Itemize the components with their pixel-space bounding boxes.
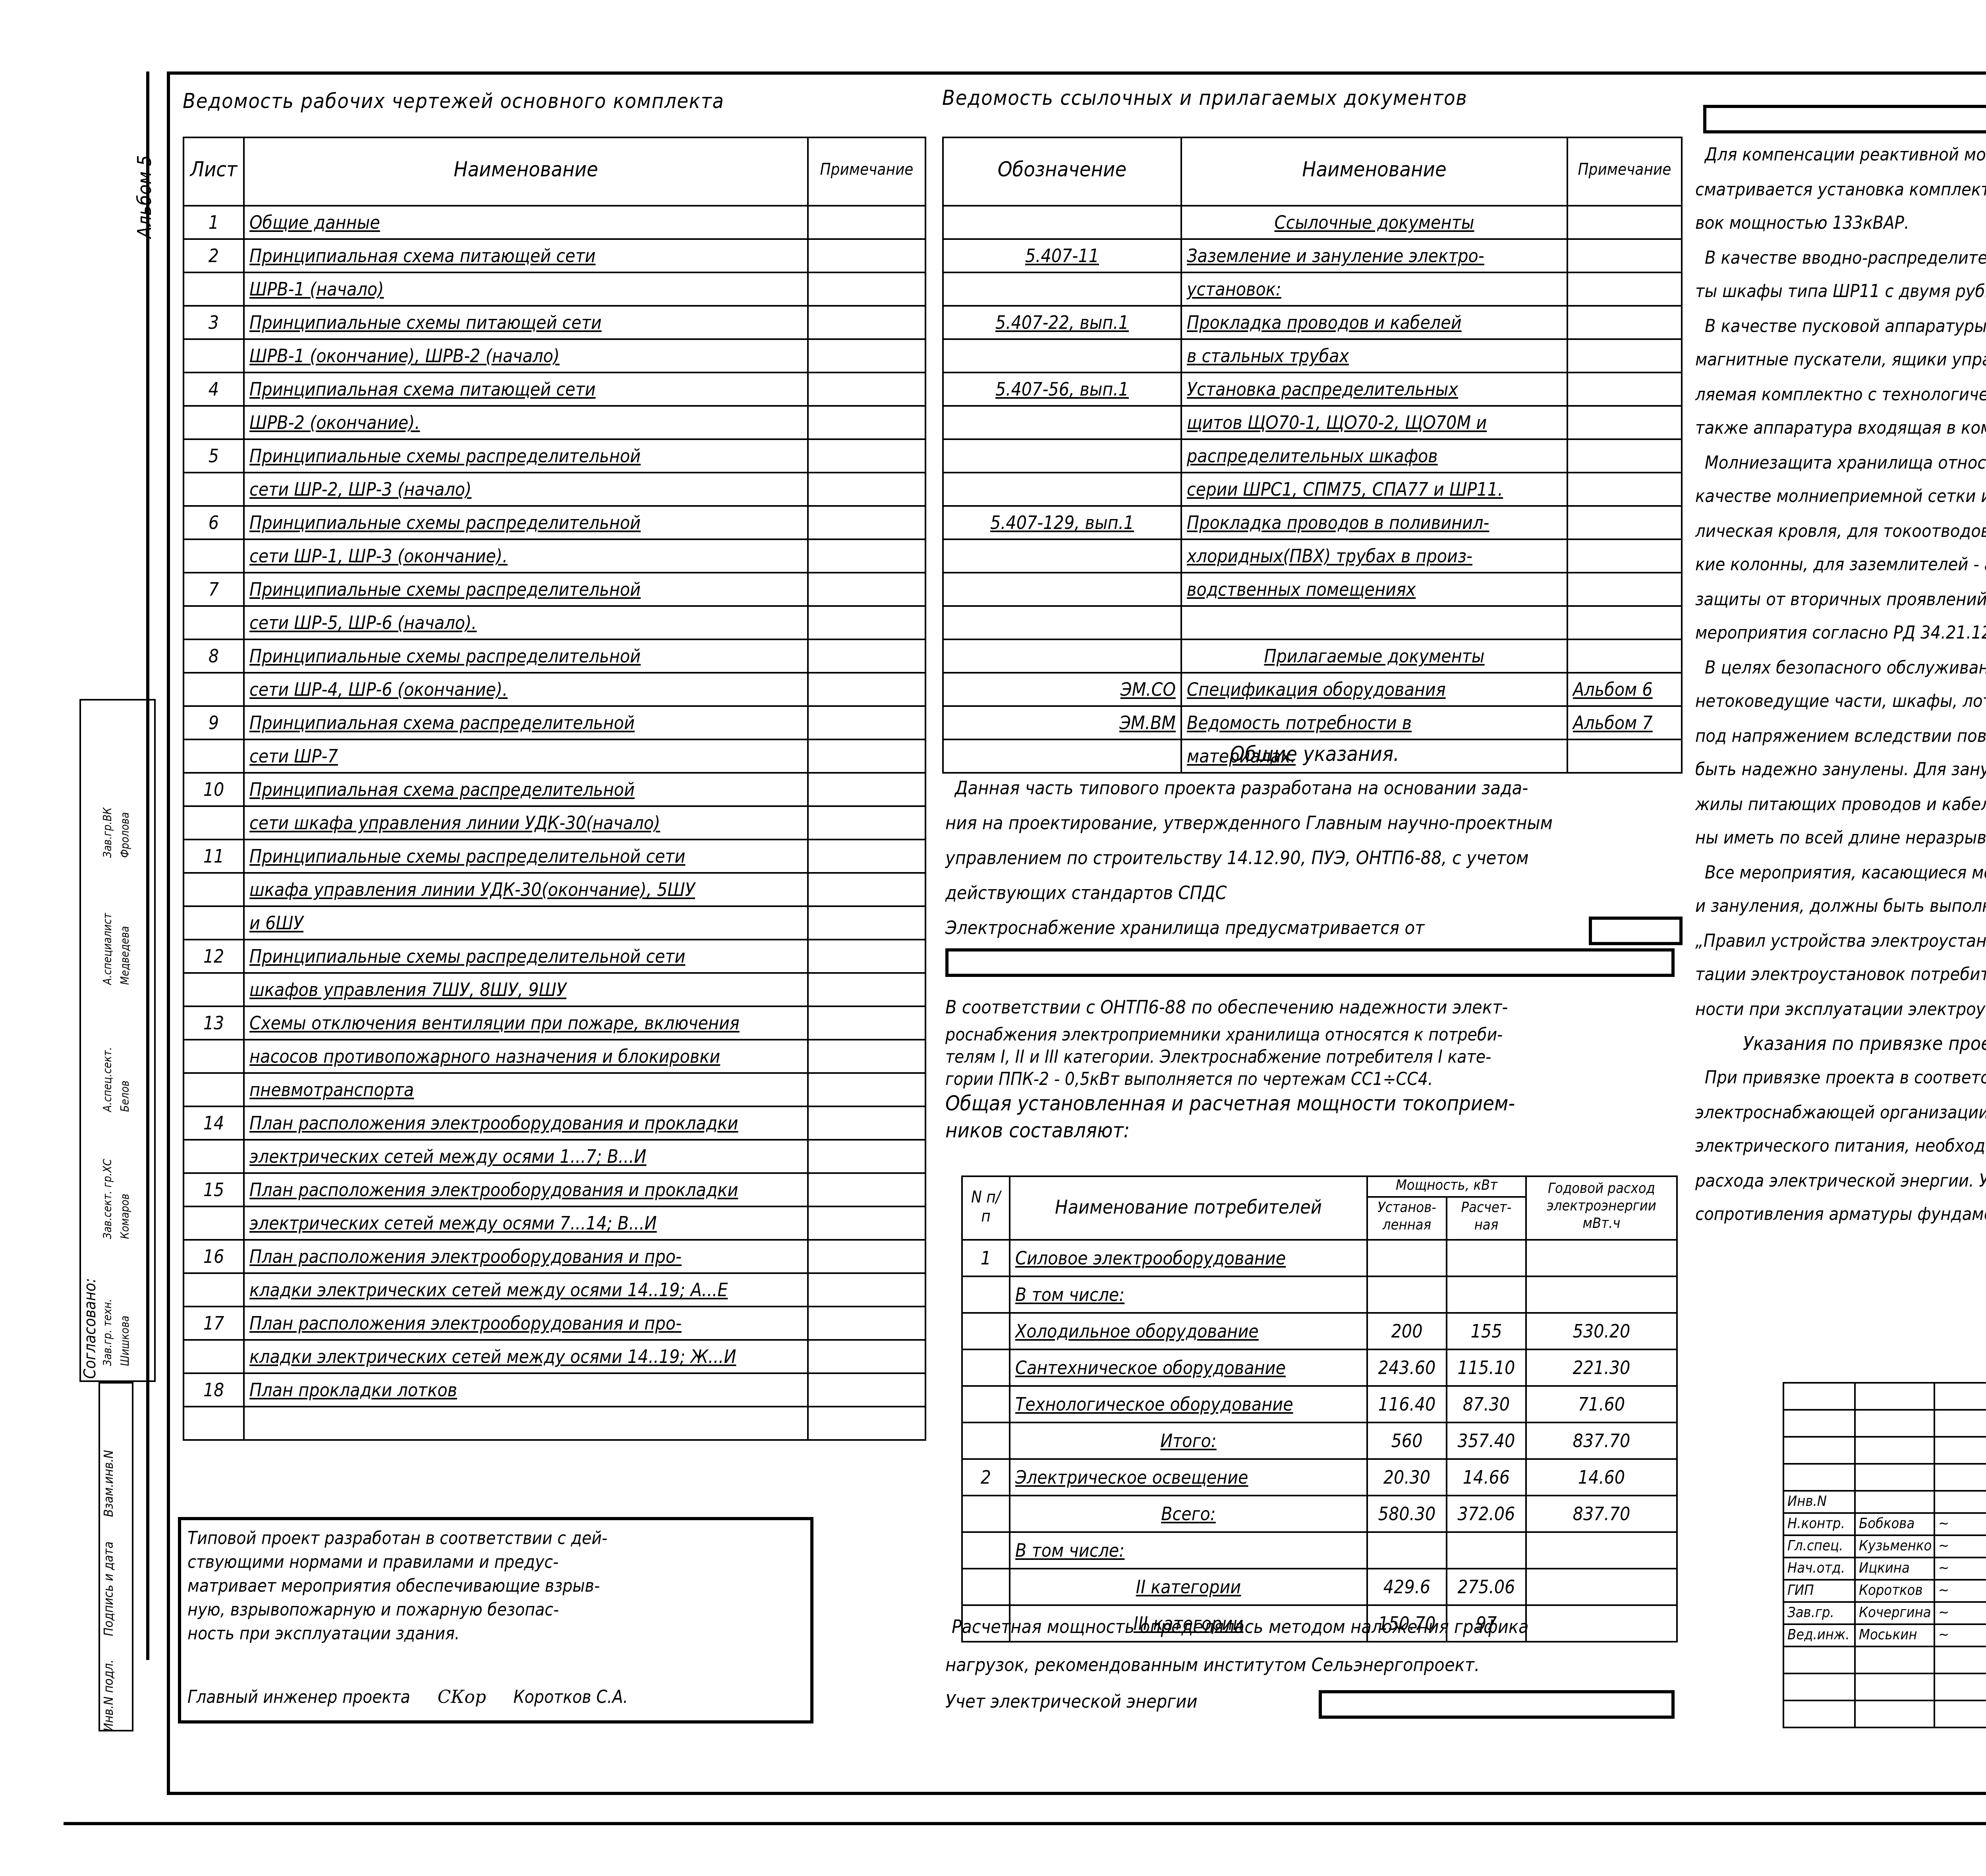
consumer-num: 2 bbox=[962, 1459, 1010, 1496]
ref-name: Установка распределительных bbox=[1187, 378, 1458, 400]
sheet-number bbox=[184, 973, 244, 1006]
refs-section-row: Ссылочные документы bbox=[943, 206, 1682, 239]
sheet-number: 16 bbox=[184, 1240, 244, 1273]
drawing-name: Общие данные bbox=[249, 211, 380, 234]
sheet-number bbox=[184, 673, 244, 706]
drawing-name: сети ШР-4, ШР-6 (окончание). bbox=[249, 678, 508, 701]
drawing-name: План расположения электрооборудования и … bbox=[249, 1112, 738, 1134]
drawing-name: Принципиальные схемы распределительной bbox=[249, 511, 641, 534]
drawing-name: ШРВ-2 (окончание). bbox=[249, 411, 420, 434]
drawing-note bbox=[808, 639, 925, 673]
signer-signature: ~ bbox=[1934, 1513, 1986, 1535]
signer-signature: ~ bbox=[1934, 1580, 1986, 1602]
chief-engineer-name: Коротков С.А. bbox=[513, 1687, 628, 1708]
drawing-row: 11 Принципиальные схемы распределительно… bbox=[184, 840, 925, 873]
power-row: Сантехническое оборудование 243.60 115.1… bbox=[962, 1349, 1677, 1386]
drawing-note bbox=[808, 706, 925, 739]
sheet-number: 6 bbox=[184, 506, 244, 539]
right-p5-line: жилы питающих проводов и кабелей. Кабель… bbox=[1695, 787, 1986, 821]
stamp-role: Зав.гр.ВК bbox=[102, 807, 114, 858]
consumer-num bbox=[962, 1386, 1010, 1422]
right-p3-line: также аппаратура входящая в комплект авт… bbox=[1695, 411, 1986, 446]
consumer-name: Всего: bbox=[1161, 1503, 1216, 1525]
installed-kw: 429.6 bbox=[1367, 1569, 1447, 1605]
drawing-row: 4 Принципиальная схема питающей сети bbox=[184, 372, 925, 406]
drawing-row: шкафа управления линии УДК-30(окончание)… bbox=[184, 873, 925, 906]
general-notes: Общие указания. Данная часть типового пр… bbox=[945, 742, 1684, 1145]
sheet-number: 13 bbox=[184, 1006, 244, 1040]
drawing-note bbox=[808, 473, 925, 506]
sheet-number: 11 bbox=[184, 840, 244, 873]
ref-name: распределительных шкафов bbox=[1187, 445, 1438, 467]
sheet-number bbox=[184, 339, 244, 372]
right-p4-line: Молниезащита хранилища относится к III к… bbox=[1695, 446, 1986, 480]
approval-l3: матривает мероприятия обеспечивающие взр… bbox=[187, 1574, 804, 1598]
agreed-label: Согласовано: bbox=[83, 1278, 100, 1379]
calculated-kw bbox=[1447, 1532, 1526, 1569]
signers-table: Инв.N Н.контр. Бобкова ~ 05.91Гл.спец. К… bbox=[1783, 1382, 1986, 1728]
drawing-note bbox=[808, 1206, 925, 1240]
drawing-name: сети шкафа управления линии УДК-30(начал… bbox=[249, 812, 660, 834]
calculated-kw: 155 bbox=[1447, 1313, 1526, 1349]
stamp-name: Шишкова bbox=[119, 1316, 132, 1366]
stamp-role: А.спец.сект. bbox=[102, 1047, 114, 1112]
supply-source-field[interactable] bbox=[1589, 917, 1683, 945]
drawing-name: Принципиальные схемы распределительной bbox=[249, 445, 641, 467]
refs-row: в стальных трубах bbox=[943, 339, 1682, 372]
calculated-kw: 14.66 bbox=[1447, 1459, 1526, 1496]
drawing-name: Схемы отключения вентиляции при пожаре, … bbox=[249, 1012, 740, 1034]
drawing-note bbox=[808, 739, 925, 773]
drawing-note bbox=[808, 873, 925, 906]
consumer-name: Технологическое оборудование bbox=[1015, 1393, 1293, 1415]
general-notes-p2-l4: гории ППК-2 - 0,5кВт выполняется по черт… bbox=[945, 1069, 1684, 1091]
signer-row: Нач.отд. Ицкина ~ 04.91 bbox=[1783, 1558, 1986, 1580]
col-installed: Установ- ленная bbox=[1367, 1197, 1447, 1240]
drawing-row: и 6ШУ bbox=[184, 906, 925, 940]
signer-signature: ~ bbox=[1934, 1624, 1986, 1646]
approval-l5: ность при эксплуатации здания. bbox=[187, 1622, 804, 1646]
consumer-name: В том числе: bbox=[1015, 1283, 1124, 1306]
drawing-row: 12 Принципиальные схемы распределительно… bbox=[184, 940, 925, 973]
col-consumer: Наименование потребителей bbox=[1010, 1176, 1367, 1240]
consumer-num bbox=[962, 1569, 1010, 1605]
drawing-sheet: Альбом 5 Ведомость рабочих чертежей осно… bbox=[0, 0, 1986, 1876]
drawing-row: 8 Принципиальные схемы распределительной bbox=[184, 639, 925, 673]
drawing-note bbox=[808, 1307, 925, 1340]
annual-mwh: 71.60 bbox=[1526, 1386, 1677, 1422]
drawing-row: 1 Общие данные bbox=[184, 206, 925, 239]
drawing-note bbox=[808, 773, 925, 806]
drawing-note bbox=[808, 940, 925, 973]
consumer-num bbox=[962, 1422, 1010, 1459]
ref-name: в стальных трубах bbox=[1187, 345, 1349, 367]
right-p2-line: ты шкафы типа ШР11 с двумя рубильниками … bbox=[1695, 275, 1986, 309]
approval-l4: ную, взрывопожарную и пожарную безопас- bbox=[187, 1598, 804, 1622]
ref-name: щитов ЩО70-1, ЩО70-2, ЩО70М и bbox=[1187, 411, 1487, 434]
col-num: N п/п bbox=[962, 1176, 1010, 1240]
signer-name: Бобкова bbox=[1855, 1513, 1934, 1535]
bottom-rule bbox=[64, 1822, 1986, 1824]
drawing-note bbox=[808, 239, 925, 272]
drawing-note bbox=[808, 606, 925, 639]
sheet-number: 15 bbox=[184, 1173, 244, 1206]
signer-role: Вед.инж. bbox=[1783, 1624, 1855, 1646]
refs-row: 5.407-56, вып.1 Установка распределитель… bbox=[943, 372, 1682, 406]
sheet-number: 4 bbox=[184, 372, 244, 406]
right-p4-line: мероприятия согласно РД 34.21.122-87. bbox=[1695, 616, 1986, 650]
drawing-name: сети ШР-7 bbox=[249, 745, 338, 767]
installed-kw: 580.30 bbox=[1367, 1496, 1447, 1532]
refs-row: серии ШРС1, СПМ75, СПА77 и ШР11. bbox=[943, 473, 1682, 506]
drawing-row: 17 План расположения электрооборудования… bbox=[184, 1307, 925, 1340]
consumer-num bbox=[962, 1496, 1010, 1532]
power-row: 1 Силовое электрооборудование bbox=[962, 1240, 1677, 1276]
signer-role: ГИП bbox=[1783, 1580, 1855, 1602]
right-p6-line: тации электроустановок потребителей" и „… bbox=[1695, 958, 1986, 992]
right-p7-line: При привязке проекта в соответствии с те… bbox=[1695, 1061, 1986, 1095]
drawing-name: шкафа управления линии УДК-30(окончание)… bbox=[249, 878, 695, 901]
drawing-name: и 6ШУ bbox=[249, 912, 303, 934]
ref-code: ЭМ.СО bbox=[1121, 678, 1176, 701]
right-p6-line: „Правил устройства электроустановок", „П… bbox=[1695, 924, 1986, 958]
drawing-row: 5 Принципиальные схемы распределительной bbox=[184, 439, 925, 473]
drawing-note bbox=[808, 439, 925, 473]
drawing-row: 16 План расположения электрооборудования… bbox=[184, 1240, 925, 1273]
general-notes-title: Общие указания. bbox=[945, 742, 1684, 770]
drawing-note bbox=[808, 1340, 925, 1373]
sheet-number bbox=[184, 1407, 244, 1440]
right-p7-line: электрического питания, необходимость и … bbox=[1695, 1129, 1986, 1164]
signer-name: Коротков bbox=[1855, 1580, 1934, 1602]
drawings-table: Лист Наименование Примечание 1 Общие дан… bbox=[183, 137, 926, 1441]
calculated-kw bbox=[1447, 1276, 1526, 1313]
sheet-number bbox=[184, 1140, 244, 1173]
annual-mwh bbox=[1526, 1569, 1677, 1605]
right-p6-line: Все мероприятия, касающиеся монтажа, экс… bbox=[1695, 855, 1986, 890]
sheet-number: 10 bbox=[184, 773, 244, 806]
left-stamp: Согласовано: Зав.гр. техн.ШишковаЗав.сек… bbox=[79, 699, 156, 1731]
drawing-name: пневмотранспорта bbox=[249, 1079, 414, 1101]
drawing-row: сети ШР-4, ШР-6 (окончание). bbox=[184, 673, 925, 706]
col-name: Наименование bbox=[244, 137, 808, 206]
stamp-sign-date: Подпись и дата bbox=[102, 1542, 116, 1636]
drawing-row: шкафов управления 7ШУ, 8ШУ, 9ШУ bbox=[184, 973, 925, 1006]
approval-note: Типовой проект разработан в соответствии… bbox=[178, 1517, 813, 1724]
refs-row: 5.407-22, вып.1 Прокладка проводов и каб… bbox=[943, 306, 1682, 339]
power-table: N п/п Наименование потребителей Мощность… bbox=[961, 1175, 1678, 1642]
drawing-note bbox=[808, 573, 925, 606]
drawing-row: сети ШР-7 bbox=[184, 739, 925, 773]
ref-code: 5.407-22, вып.1 bbox=[995, 311, 1129, 334]
drawing-note bbox=[808, 1140, 925, 1173]
annual-mwh: 14.60 bbox=[1526, 1459, 1677, 1496]
ref-name: установок: bbox=[1187, 278, 1281, 300]
refs-row: 5.407-11 Заземление и зануление электро- bbox=[943, 239, 1682, 272]
ref-name: Ведомость потребности в bbox=[1187, 712, 1412, 734]
drawing-note bbox=[808, 806, 925, 840]
ref-code: 5.407-11 bbox=[1025, 245, 1099, 267]
right-p5-line: В целях безопасного обслуживания оборудо… bbox=[1695, 650, 1986, 685]
installed-kw bbox=[1367, 1276, 1447, 1313]
right-p7-line: расхода электрической энергии. Уточняетс… bbox=[1695, 1164, 1986, 1198]
installed-kw: 116.40 bbox=[1367, 1386, 1447, 1422]
drawing-name: План прокладки лотков bbox=[249, 1379, 457, 1401]
refs-list-title: Ведомость ссылочных и прилагаемых докуме… bbox=[942, 87, 1468, 111]
calculated-kw bbox=[1447, 1240, 1526, 1276]
drawing-row: кладки электрических сетей между осями 1… bbox=[184, 1273, 925, 1307]
general-notes-p1-l2: ния на проектирование, утвержденного Гла… bbox=[945, 805, 1684, 840]
refs-section-row: Прилагаемые документы bbox=[943, 639, 1682, 673]
right-p5-line: ны иметь по всей длине неразрывную элект… bbox=[1695, 821, 1986, 855]
drawing-note bbox=[808, 1106, 925, 1140]
refs-row: ЭМ.СО Спецификация оборудования Альбом 6 bbox=[943, 673, 1682, 706]
ref-note: Альбом 6 bbox=[1573, 678, 1653, 701]
calc-note: Расчетная мощность определялась методом … bbox=[945, 1608, 1529, 1719]
ref-name: Прокладка проводов в поливинил- bbox=[1187, 511, 1489, 534]
annual-mwh: 837.70 bbox=[1526, 1422, 1677, 1459]
metering-field[interactable] bbox=[1319, 1690, 1675, 1719]
signature-mark: СКор bbox=[437, 1687, 486, 1708]
stamp-orig-inv: Инв.N подл. bbox=[102, 1660, 116, 1731]
drawing-note bbox=[808, 1240, 925, 1273]
drawing-row: сети ШР-5, ШР-6 (начало). bbox=[184, 606, 925, 639]
drawing-name: насосов противопожарного назначения и бл… bbox=[249, 1045, 720, 1067]
annual-mwh: 837.70 bbox=[1526, 1496, 1677, 1532]
consumer-name: Итого: bbox=[1160, 1430, 1216, 1452]
power-row: II категории 429.6 275.06 bbox=[962, 1569, 1677, 1605]
calc-note-l1: Расчетная мощность определялась методом … bbox=[945, 1608, 1529, 1646]
signer-row: ГИП Коротков ~ 04.91 bbox=[1783, 1580, 1986, 1602]
drawings-list-title: Ведомость рабочих чертежей основного ком… bbox=[183, 91, 724, 114]
ref-name: хлоридных(ПВХ) трубах в произ- bbox=[1187, 545, 1472, 567]
refs-row: щитов ЩО70-1, ЩО70-2, ЩО70М и bbox=[943, 406, 1682, 439]
drawing-row: 6 Принципиальные схемы распределительной bbox=[184, 506, 925, 539]
stamp-role: Зав.сект. гр.ХС bbox=[102, 1159, 114, 1239]
power-row: Итого: 560 357.40 837.70 bbox=[962, 1422, 1677, 1459]
approval-l1: Типовой проект разработан в соответствии… bbox=[187, 1527, 804, 1550]
drawing-name: электрических сетей между осями 1...7; В… bbox=[249, 1145, 646, 1168]
signer-role: Нач.отд. bbox=[1783, 1558, 1855, 1580]
title-block: Инв.N Н.контр. Бобкова ~ 05.91Гл.спец. К… bbox=[1783, 1382, 1986, 1708]
supply-source-field-2[interactable] bbox=[945, 948, 1675, 977]
consumer-num bbox=[962, 1313, 1010, 1349]
drawing-row: 18 План прокладки лотков bbox=[184, 1373, 925, 1407]
sheet-number: 2 bbox=[184, 239, 244, 272]
drawing-row: электрических сетей между осями 7...14; … bbox=[184, 1206, 925, 1240]
drawing-row: сети ШР-1, ШР-3 (окончание). bbox=[184, 539, 925, 573]
installed-kw: 243.60 bbox=[1367, 1349, 1447, 1386]
drawing-row: электрических сетей между осями 1...7; В… bbox=[184, 1140, 925, 1173]
right-p1-line: вок мощностью 133кВАР. bbox=[1695, 207, 1986, 241]
col-sheet: Лист bbox=[184, 137, 244, 206]
drawing-note bbox=[808, 539, 925, 573]
ref-name: водственных помещениях bbox=[1187, 578, 1416, 600]
general-notes-p1-l3: управлением по строительству 14.12.90, П… bbox=[945, 840, 1684, 875]
signer-role: Н.контр. bbox=[1783, 1513, 1855, 1535]
drawing-note bbox=[808, 406, 925, 439]
general-notes-p1-l4: действующих стандартов СПДС bbox=[945, 875, 1684, 910]
stamp-role: Зав.гр. техн. bbox=[102, 1299, 114, 1366]
right-p7-line: сопротивления арматуры фундаментов. bbox=[1695, 1198, 1986, 1232]
drawing-note bbox=[808, 840, 925, 873]
power-row: В том числе: bbox=[962, 1276, 1677, 1313]
right-p5-line: под напряжением вследствии повреждения и… bbox=[1695, 719, 1986, 753]
drawing-row: 13 Схемы отключения вентиляции при пожар… bbox=[184, 1006, 925, 1040]
drawing-note bbox=[808, 1373, 925, 1407]
drawing-note bbox=[808, 372, 925, 406]
sheet-number bbox=[184, 806, 244, 840]
album-label: Альбом 5 bbox=[133, 155, 156, 238]
refs-row: распределительных шкафов bbox=[943, 439, 1682, 473]
drawing-name: Принципиальная схема распределительной bbox=[249, 778, 635, 801]
right-p4-line: лическая кровля, для токоотводов использ… bbox=[1695, 514, 1986, 548]
ref-name: Прилагаемые документы bbox=[1264, 645, 1484, 667]
refs-table: Обозначение Наименование Примечание Ссыл… bbox=[942, 137, 1683, 774]
drawing-name: План расположения электрооборудования и … bbox=[249, 1312, 682, 1334]
drawing-note bbox=[808, 1407, 925, 1440]
drawing-note bbox=[808, 206, 925, 239]
sheet-number: 5 bbox=[184, 439, 244, 473]
sheet-number: 12 bbox=[184, 940, 244, 973]
calculated-kw: 115.10 bbox=[1447, 1349, 1526, 1386]
installed-kw: 560 bbox=[1367, 1422, 1447, 1459]
sheet-number bbox=[184, 1340, 244, 1373]
installed-kw: 20.30 bbox=[1367, 1459, 1447, 1496]
power-row: 2 Электрическое освещение 20.30 14.66 14… bbox=[962, 1459, 1677, 1496]
drawing-note bbox=[808, 506, 925, 539]
signer-row: Вед.инж. Моськин ~ 04.91 bbox=[1783, 1624, 1986, 1646]
calculated-kw: 372.06 bbox=[1447, 1496, 1526, 1532]
col-note: Примечание bbox=[1567, 137, 1682, 206]
right-p6-line: ности при эксплуатации электроустановок … bbox=[1695, 992, 1986, 1026]
drawing-name: План расположения электрооборудования и … bbox=[249, 1179, 738, 1201]
calculated-kw: 87.30 bbox=[1447, 1386, 1526, 1422]
sheet-number bbox=[184, 272, 244, 306]
stamp-role: А.специалист bbox=[102, 913, 114, 985]
refs-row: ЭМ.ВМ Ведомость потребности в Альбом 7 bbox=[943, 706, 1682, 739]
installed-kw bbox=[1367, 1532, 1447, 1569]
col-code: Обозначение bbox=[943, 137, 1181, 206]
ref-name: Ссылочные документы bbox=[1275, 211, 1474, 234]
drawing-row: ШРВ-1 (начало) bbox=[184, 272, 925, 306]
drawing-row: ШРВ-1 (окончание), ШРВ-2 (начало) bbox=[184, 339, 925, 372]
stamp-name: Фролова bbox=[119, 812, 132, 858]
drawing-note bbox=[808, 306, 925, 339]
sheet-number bbox=[184, 873, 244, 906]
drawing-row: 15 План расположения электрооборудования… bbox=[184, 1173, 925, 1206]
power-row: Холодильное оборудование 200 155 530.20 bbox=[962, 1313, 1677, 1349]
drawing-row: пневмотранспорта bbox=[184, 1073, 925, 1106]
power-row: Технологическое оборудование 116.40 87.3… bbox=[962, 1386, 1677, 1422]
signer-name: Кочергина bbox=[1855, 1602, 1934, 1624]
sheet-number bbox=[184, 473, 244, 506]
sheet-number: 3 bbox=[184, 306, 244, 339]
consumer-num bbox=[962, 1532, 1010, 1569]
annual-mwh: 221.30 bbox=[1526, 1349, 1677, 1386]
ref-code: ЭМ.ВМ bbox=[1119, 712, 1176, 734]
col-note: Примечание bbox=[808, 137, 925, 206]
refs-row: хлоридных(ПВХ) трубах в произ- bbox=[943, 539, 1682, 573]
signer-signature: ~ bbox=[1934, 1558, 1986, 1580]
binding-title: Указания по привязке проекта. bbox=[1695, 1026, 1986, 1061]
sheet-number bbox=[184, 1206, 244, 1240]
col-power-group: Мощность, кВт bbox=[1367, 1176, 1526, 1197]
drawing-row: сети ШР-2, ШР-3 (начало) bbox=[184, 473, 925, 506]
sheet-number: 8 bbox=[184, 639, 244, 673]
stamp-replaced-inv: Взам.инв.N bbox=[102, 1450, 116, 1517]
consumer-num bbox=[962, 1276, 1010, 1313]
sheet-number: 18 bbox=[184, 1373, 244, 1407]
stamp-name: Комаров bbox=[119, 1194, 132, 1239]
ref-note: Альбом 7 bbox=[1573, 712, 1653, 734]
right-p6-line: и зануления, должны быть выполнены в соо… bbox=[1695, 890, 1986, 924]
drawing-name: кладки электрических сетей между осями 1… bbox=[249, 1279, 728, 1301]
annual-mwh bbox=[1526, 1240, 1677, 1276]
drawing-name: электрических сетей между осями 7...14; … bbox=[249, 1212, 657, 1234]
annual-mwh: 530.20 bbox=[1526, 1313, 1677, 1349]
sheet-number: 7 bbox=[184, 573, 244, 606]
signer-role: Зав.гр. bbox=[1783, 1602, 1855, 1624]
right-p4-line: защиты от вторичных проявлений молнии пр… bbox=[1695, 582, 1986, 616]
right-p1-line: сматривается установка комплектных конде… bbox=[1695, 172, 1986, 207]
drawing-row: 10 Принципиальная схема распределительно… bbox=[184, 773, 925, 806]
inv-label: Инв.N bbox=[1783, 1491, 1855, 1513]
sheet-number: 9 bbox=[184, 706, 244, 739]
consumer-name: Сантехническое оборудование bbox=[1015, 1357, 1286, 1379]
sheet-number bbox=[184, 1273, 244, 1307]
signer-signature: ~ bbox=[1934, 1602, 1986, 1624]
ref-name: Прокладка проводов и кабелей bbox=[1187, 311, 1462, 334]
installed-kw: 200 bbox=[1367, 1313, 1447, 1349]
drawing-row: 3 Принципиальные схемы питающей сети bbox=[184, 306, 925, 339]
drawing-name: ШРВ-1 (окончание), ШРВ-2 (начало) bbox=[249, 345, 560, 367]
sheet-number: 1 bbox=[184, 206, 244, 239]
right-p4-line: качестве молниеприемной сетки использует… bbox=[1695, 480, 1986, 514]
drawing-name: сети ШР-2, ШР-3 (начало) bbox=[249, 478, 471, 500]
top-right-field[interactable] bbox=[1703, 105, 1986, 133]
annual-mwh bbox=[1526, 1605, 1677, 1642]
approval-l2: ствующими нормами и правилами и предус- bbox=[187, 1550, 804, 1574]
power-row: В том числе: bbox=[962, 1532, 1677, 1569]
calculated-kw: 357.40 bbox=[1447, 1422, 1526, 1459]
annual-mwh bbox=[1526, 1276, 1677, 1313]
sheet-number: 17 bbox=[184, 1307, 244, 1340]
right-p3-line: В качестве пусковой аппаратуры электропр… bbox=[1695, 309, 1986, 343]
drawing-name: Принципиальные схемы распределительной bbox=[249, 578, 641, 600]
drawing-row bbox=[184, 1407, 925, 1440]
drawing-name: Принципиальные схемы распределительной с… bbox=[249, 945, 685, 967]
ref-name: Заземление и зануление электро- bbox=[1187, 245, 1484, 267]
right-p2-line: В качестве вводно-распределительного уст… bbox=[1695, 241, 1986, 275]
drawing-name: кладки электрических сетей между осями 1… bbox=[249, 1345, 736, 1368]
col-name: Наименование bbox=[1181, 137, 1567, 206]
drawing-note bbox=[808, 1073, 925, 1106]
right-p5-line: быть надежно занулены. Для зануления исп… bbox=[1695, 753, 1986, 787]
right-p5-line: нетоковедущие части, шкафы, лотки, короб… bbox=[1695, 685, 1986, 719]
drawing-note bbox=[808, 1173, 925, 1206]
sheet-number: 14 bbox=[184, 1106, 244, 1140]
ref-code: 5.407-56, вып.1 bbox=[995, 378, 1129, 400]
sheet-number bbox=[184, 539, 244, 573]
drawing-note bbox=[808, 1273, 925, 1307]
consumer-name: В том числе: bbox=[1015, 1539, 1124, 1561]
signer-signature: ~ bbox=[1934, 1535, 1986, 1558]
power-row: Всего: 580.30 372.06 837.70 bbox=[962, 1496, 1677, 1532]
drawing-name: Принципиальные схемы распределительной с… bbox=[249, 845, 685, 867]
col-annual: Годовой расход электроэнергии мВт.ч bbox=[1526, 1176, 1677, 1240]
signer-row: Зав.гр. Кочергина ~ 04.91 bbox=[1783, 1602, 1986, 1624]
